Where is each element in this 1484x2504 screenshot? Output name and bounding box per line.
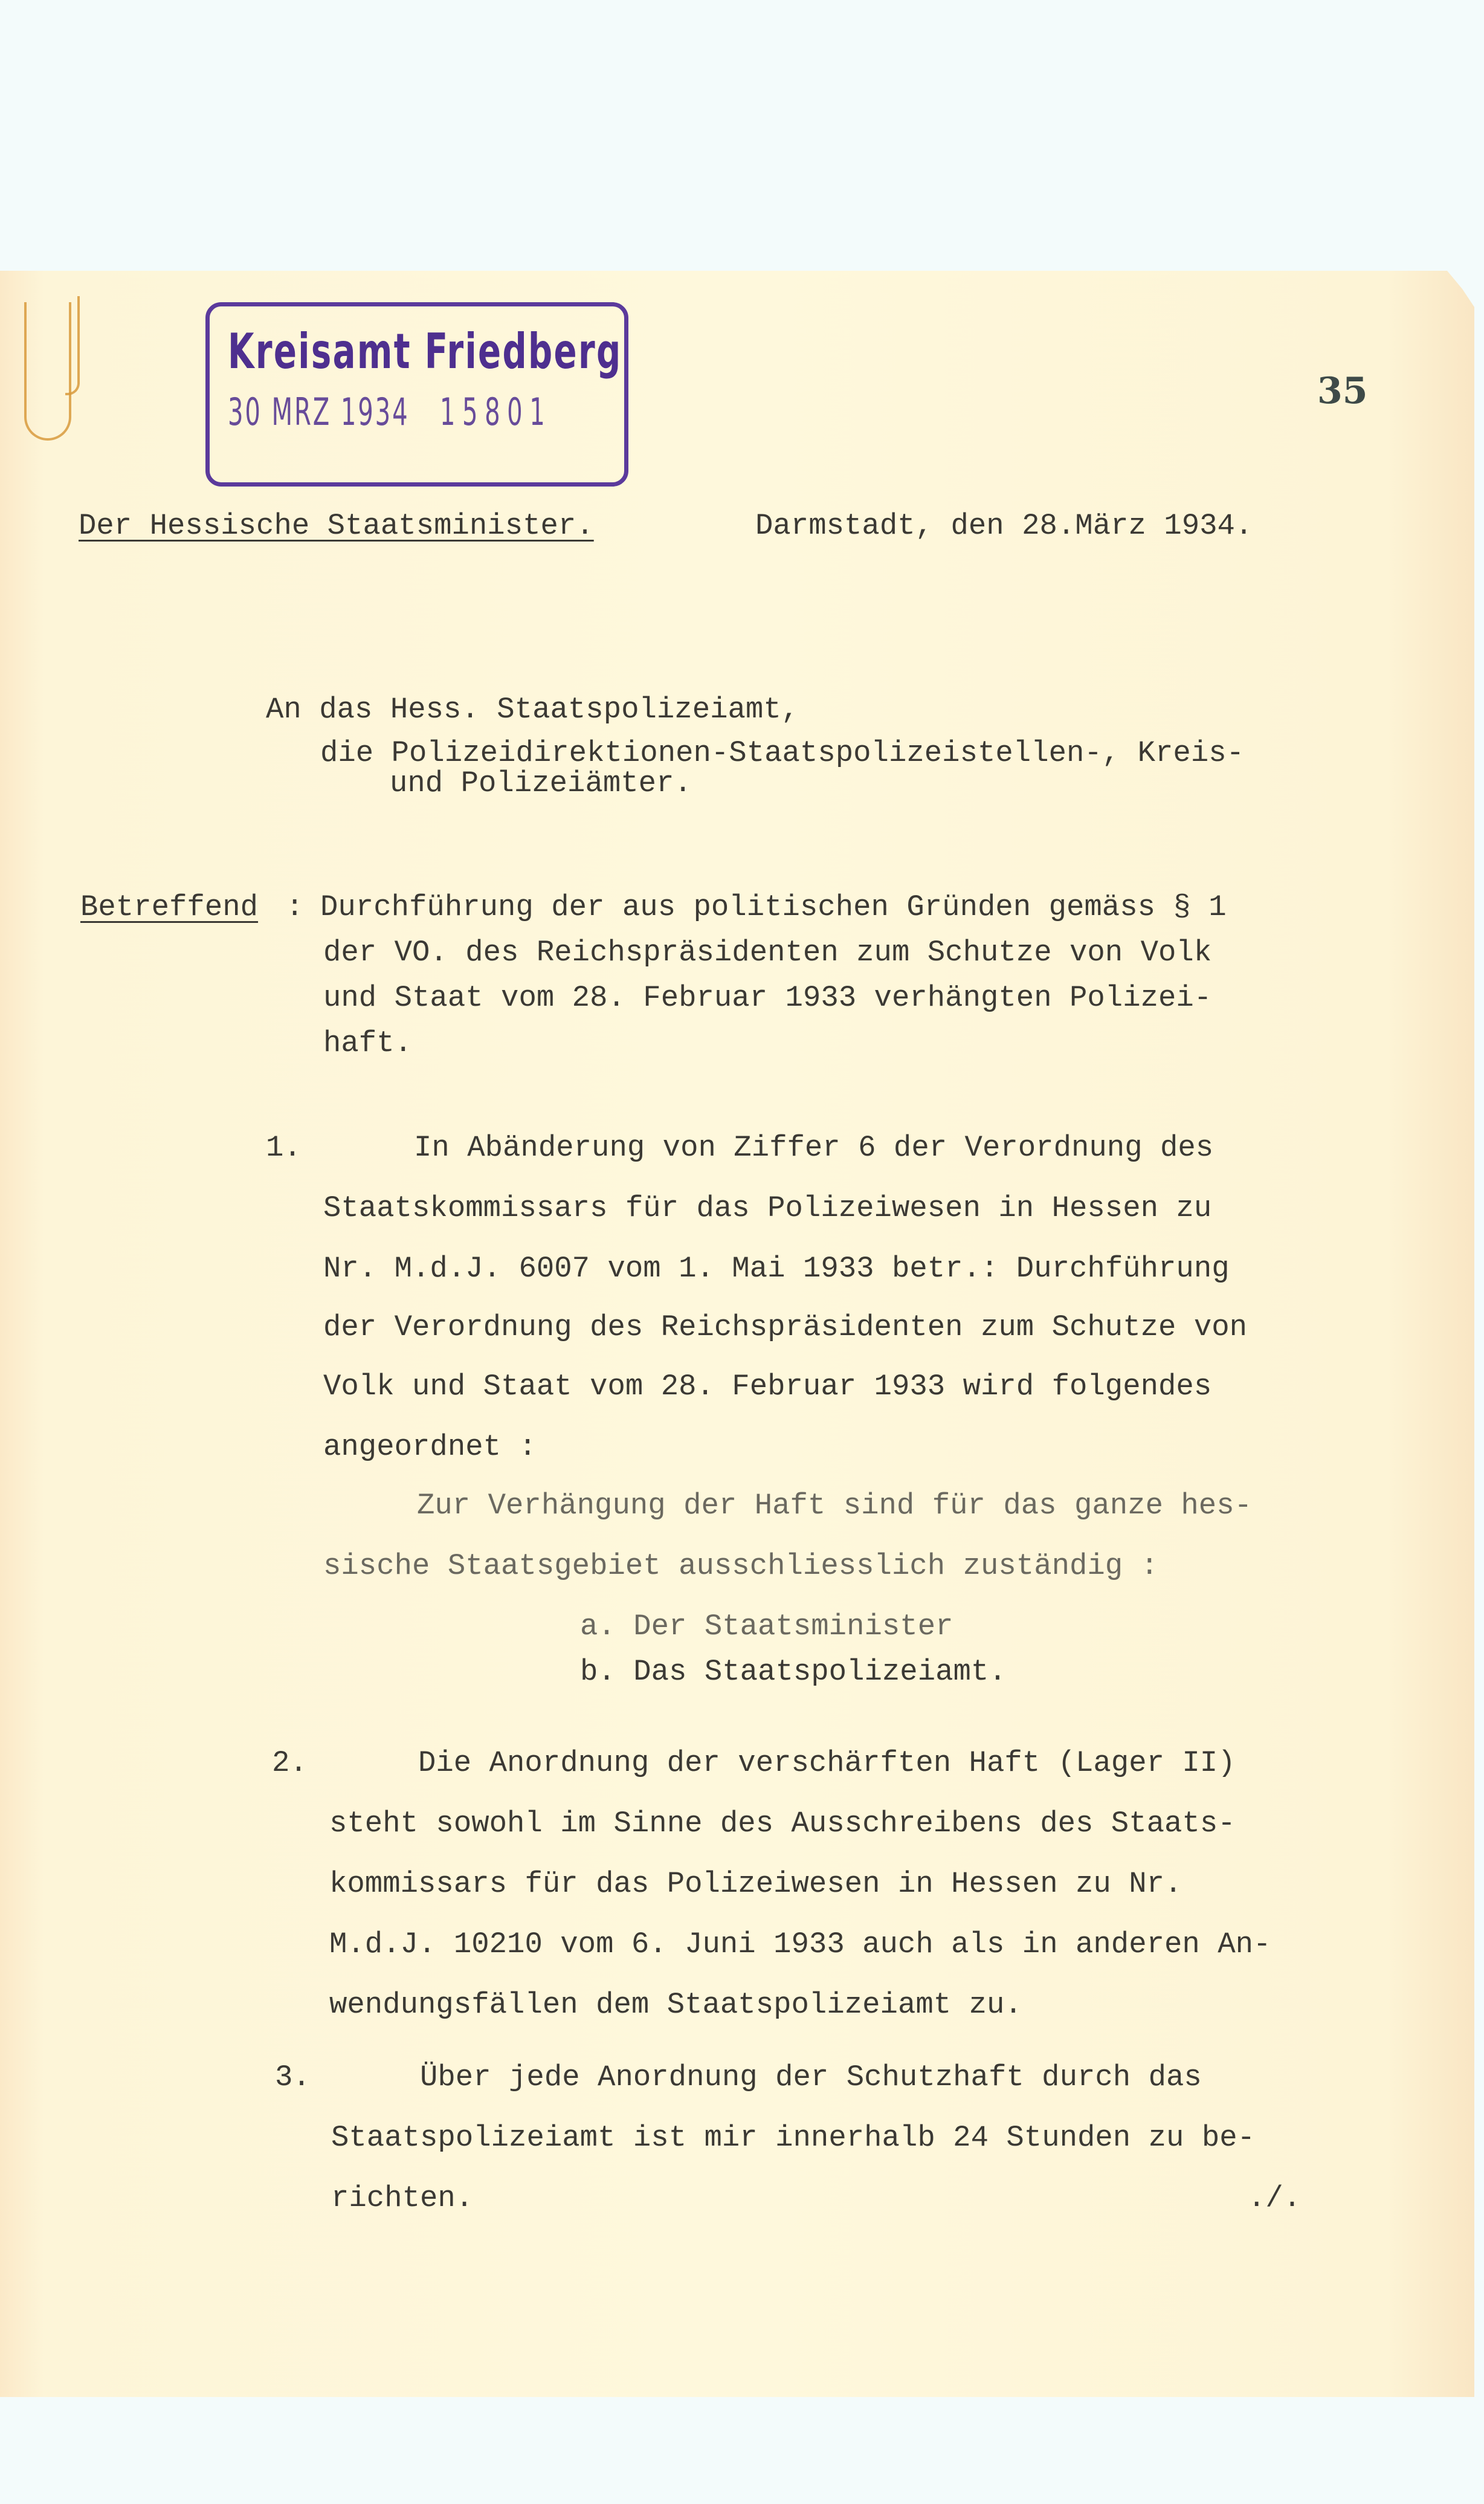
item-line: Die Anordnung der verschärften Haft (Lag… xyxy=(418,1749,1236,1778)
receipt-stamp: Kreisamt Friedberg 30 MRZ 193415801 xyxy=(205,302,628,487)
recipient-line: An das Hess. Staatspolizeiamt, xyxy=(266,695,799,725)
item-line: Staatskommissars für das Polizeiwesen in… xyxy=(323,1194,1211,1223)
item-number: 2. xyxy=(272,1749,308,1778)
subject-line: Durchführung der aus politischen Gründen… xyxy=(320,893,1227,922)
subject-separator: : xyxy=(286,893,303,922)
stamp-date: 30 MRZ 1934 xyxy=(228,390,410,434)
item-line: steht sowohl im Sinne des Ausschreibens … xyxy=(329,1809,1236,1839)
item-line: Volk und Staat vom 28. Februar 1933 wird… xyxy=(323,1372,1211,1402)
item-line: In Abänderung von Ziffer 6 der Verordnun… xyxy=(414,1133,1213,1163)
recipient-line: und Polizeiämter. xyxy=(390,769,692,798)
item-line: wendungsfällen dem Staatspolizeiamt zu. xyxy=(329,1990,1022,2020)
stamp-date-line: 30 MRZ 193415801 xyxy=(228,390,552,434)
stamp-number: 15801 xyxy=(440,390,552,434)
staple-mark-icon xyxy=(24,302,71,441)
subject-line: und Staat vom 28. Februar 1933 verhängte… xyxy=(323,983,1211,1013)
place-date: Darmstadt, den 28.März 1934. xyxy=(755,511,1253,541)
continuation-mark: ./. xyxy=(1248,2184,1301,2213)
staple-mark-icon xyxy=(65,296,80,395)
item-line: Staatspolizeiamt ist mir innerhalb 24 St… xyxy=(331,2123,1255,2153)
subject-line: der VO. des Reichspräsidenten zum Schutz… xyxy=(323,938,1211,968)
page-number: 35 xyxy=(1317,370,1368,412)
subject-line: haft. xyxy=(323,1029,412,1058)
item-number: 3. xyxy=(275,2063,311,2092)
stamp-office: Kreisamt Friedberg xyxy=(228,323,622,380)
recipient-line: die Polizeidirektionen-Staatspolizeistel… xyxy=(320,739,1244,768)
item-line: Nr. M.d.J. 6007 vom 1. Mai 1933 betr.: D… xyxy=(323,1254,1230,1284)
item-line: Über jede Anordnung der Schutzhaft durch… xyxy=(420,2063,1202,2092)
item-line: richten. xyxy=(331,2184,473,2213)
item-line: M.d.J. 10210 vom 6. Juni 1933 auch als i… xyxy=(329,1930,1271,1959)
sub-paragraph-line: Zur Verhängung der Haft sind für das gan… xyxy=(417,1491,1252,1521)
item-number: 1. xyxy=(266,1133,302,1163)
sub-paragraph-line: sische Staatsgebiet ausschliesslich zust… xyxy=(323,1551,1158,1581)
item-line: der Verordnung des Reichspräsidenten zum… xyxy=(323,1313,1247,1342)
subject-label: Betreffend xyxy=(80,893,258,922)
sub-list-item: a. Der Staatsminister xyxy=(580,1612,953,1642)
sub-list-item: b. Das Staatspolizeiamt. xyxy=(580,1657,1007,1687)
item-line: kommissars für das Polizeiwesen in Hesse… xyxy=(329,1869,1182,1899)
item-line: angeordnet : xyxy=(323,1432,537,1462)
sender: Der Hessische Staatsminister. xyxy=(79,511,594,541)
